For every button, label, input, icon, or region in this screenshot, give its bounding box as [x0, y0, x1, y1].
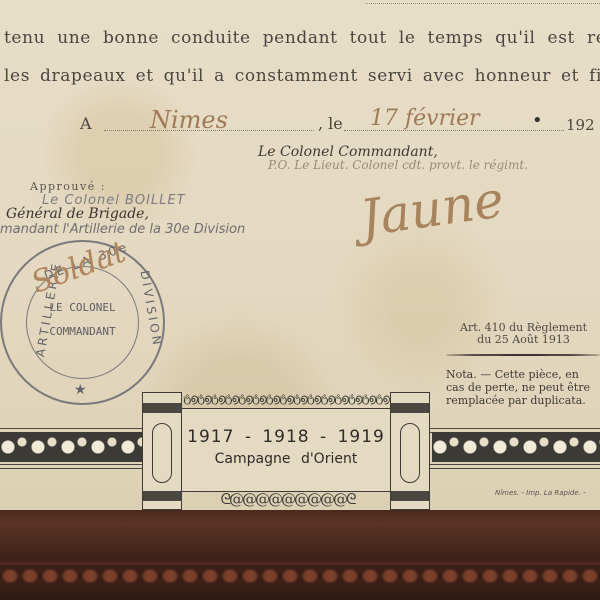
seal-ring-right: DIVISION	[137, 269, 164, 348]
campaign-years: 1917 - 1918 - 1919	[182, 427, 390, 447]
pillar-cap	[143, 403, 181, 413]
nota-line2: cas de perte, ne peut être	[446, 381, 590, 394]
dotted-rule	[365, 3, 600, 4]
campaign-cartouche: 1917 - 1918 - 1919 Campagne d'Orient	[182, 408, 390, 492]
signature: Jaune	[357, 170, 508, 247]
seal-center-line1: LE COLONEL	[27, 301, 138, 314]
frame-bead-molding	[0, 565, 600, 587]
star-icon: ★	[74, 382, 87, 398]
approval-command: mandant l'Artillerie de la 30e Division	[0, 222, 245, 237]
regulation-reference: Art. 410 du Règlement du 25 Août 1913	[460, 322, 587, 346]
decorative-swash	[446, 354, 600, 356]
signatory-note: P.O. Le Lieut. Colonel cdt. provt. le ré…	[268, 158, 528, 172]
year-prefix: 192	[566, 116, 595, 134]
date-label: , le	[318, 114, 343, 133]
pillar-right	[390, 392, 430, 510]
pillar-left	[142, 392, 182, 510]
handwritten-date: 17 février	[370, 106, 480, 131]
place-label: A	[80, 114, 92, 133]
certificate-paper: tenu une bonne conduite pendant tout le …	[0, 0, 600, 510]
pillar-cap	[391, 491, 429, 501]
handwritten-place: Nimes	[150, 106, 228, 134]
ink-dot: •	[532, 110, 543, 131]
regulation-line2: du 25 Août 1913	[460, 334, 587, 346]
pillar-cap	[391, 403, 429, 413]
body-line-1: tenu une bonne conduite pendant tout le …	[4, 28, 600, 48]
approval-label: Approuvé :	[30, 180, 106, 193]
pillar-oval	[152, 423, 172, 483]
printer-credit: Nîmes. - Imp. La Rapide. -	[495, 489, 586, 497]
place-date-row: A , le 192	[0, 114, 600, 138]
pillar-oval	[400, 423, 420, 483]
nota-block: Nota. — Cette pièce, en cas de perte, ne…	[446, 368, 590, 407]
nota-line1: Nota. — Cette pièce, en	[446, 368, 590, 381]
seal-center-line2: COMMANDANT	[27, 325, 138, 338]
floral-border-left	[0, 432, 142, 462]
scroll-ornament-bottom: ᘓ@@@@@@@@@ᘓ	[190, 490, 385, 510]
approval-rank: Général de Brigade,	[6, 206, 149, 222]
scroll-ornament-top: ტ൭ტ൭ტ൭ტ൭ტ൭ტ൭ტ൭ტ൭ტ൭ტ൭ტ൭ტ൭ტ൭ტ൭ტ൭	[182, 392, 390, 406]
nota-line3: remplacée par duplicata.	[446, 394, 590, 407]
campaign-title: Campagne d'Orient	[182, 451, 390, 467]
body-line-2: les drapeaux et qu'il a constamment serv…	[4, 66, 600, 86]
floral-border-right	[432, 432, 600, 462]
pillar-cap	[143, 491, 181, 501]
